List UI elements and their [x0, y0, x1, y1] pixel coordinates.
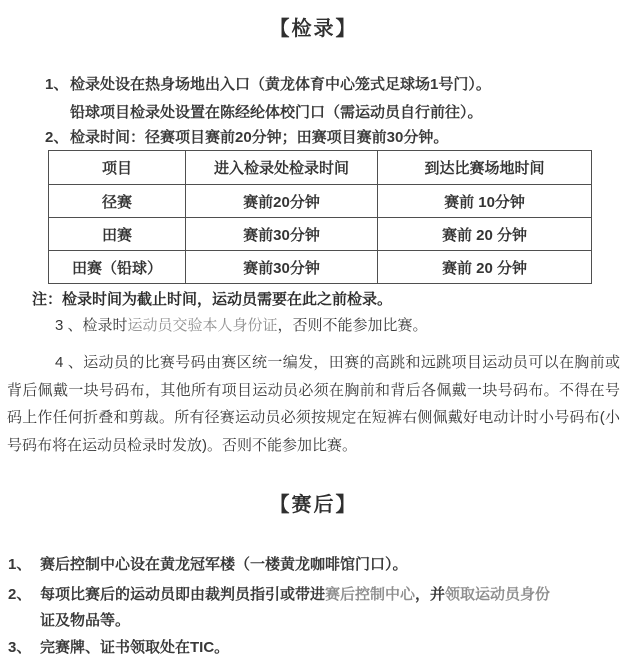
table-cell: 赛前 20 分钟 — [378, 218, 592, 251]
checkin-item-2-text: 检录时间：径赛项目赛前20分钟；田赛项目赛前30分钟。 — [70, 128, 448, 148]
checkin-item-4-paragraph: 4 、运动员的比赛号码由赛区统一编发，田赛的高跳和远跳项目运动员可以在胸前或背后… — [7, 349, 620, 459]
postrace-item-2-text: 每项比赛后的运动员即由裁判员指引或带进赛后控制中心，并领取运动员身份 证及物品等… — [40, 582, 550, 634]
table-header-checkin-time: 进入检录处检录时间 — [186, 151, 378, 185]
checkin-item-1-continuation: 铅球项目检录处设置在陈经纶体校门口（需运动员自行前往）。 — [70, 103, 483, 123]
table-cell: 赛前30分钟 — [186, 218, 378, 251]
checkin-item-3: 3 、检录时运动员交验本人身份证，否则不能参加比赛。 — [55, 316, 428, 336]
list-number: 2、 — [8, 582, 40, 634]
list-number: 3、 — [8, 635, 40, 661]
postrace-item-2: 2、 每项比赛后的运动员即由裁判员指引或带进赛后控制中心，并领取运动员身份 证及… — [8, 582, 550, 634]
table-header-event: 项目 — [49, 151, 186, 185]
checkin-item-1-text: 检录处设在热身场地出入口（黄龙体育中心笼式足球场1号门）。 — [70, 75, 491, 95]
checkin-item-1-line-2: 铅球项目检录处设置在陈经纶体校门口（需运动员自行前往）。 — [70, 103, 483, 123]
postrace-item-2-line-2: 证及物品等。 — [40, 612, 130, 629]
postrace-item-3: 3、 完赛牌、证书领取处在TIC。 — [8, 635, 229, 661]
checkin-item-3-gray-text: 运动员交验本人身份证 — [128, 317, 278, 334]
checkin-times-table: 项目 进入检录处检录时间 到达比赛场地时间 径赛 赛前20分钟 赛前 10分钟 … — [48, 150, 592, 284]
table-header-arrival-time: 到达比赛场地时间 — [378, 151, 592, 185]
table-cell: 赛前20分钟 — [186, 185, 378, 218]
checkin-item-3-text-end: ，否则不能参加比赛。 — [278, 317, 428, 334]
checkin-item-1-line-1: 1、 检录处设在热身场地出入口（黄龙体育中心笼式足球场1号门）。 — [45, 75, 491, 95]
checkin-note: 注：检录时间为截止时间，运动员需要在此之前检录。 — [32, 290, 392, 310]
checkin-item-3-text: 检录时 — [83, 317, 128, 334]
checkin-note-text: 注：检录时间为截止时间，运动员需要在此之前检录。 — [32, 290, 392, 310]
list-number: 1、 — [45, 75, 70, 95]
list-number: 3 、 — [55, 317, 83, 334]
postrace-item-1: 1、 赛后控制中心设在黄龙冠军楼（一楼黄龙咖啡馆门口）。 — [8, 552, 408, 578]
checkin-item-2: 2、 检录时间：径赛项目赛前20分钟；田赛项目赛前30分钟。 — [45, 128, 448, 148]
postrace-item-2-gray-1: 赛后控制中心 — [325, 586, 415, 603]
table-cell: 径赛 — [49, 185, 186, 218]
postrace-item-3-text: 完赛牌、证书领取处在TIC。 — [40, 635, 229, 661]
postrace-item-1-text: 赛后控制中心设在黄龙冠军楼（一楼黄龙咖啡馆门口）。 — [40, 552, 408, 578]
table-cell: 赛前 10分钟 — [378, 185, 592, 218]
table-header-row: 项目 进入检录处检录时间 到达比赛场地时间 — [49, 151, 592, 185]
table-cell: 田赛 — [49, 218, 186, 251]
checkin-section-title: 【检录】 — [0, 12, 627, 41]
table-cell: 赛前 20 分钟 — [378, 251, 592, 284]
postrace-item-2-part-2: ，并 — [415, 586, 445, 603]
table-row: 田赛 赛前30分钟 赛前 20 分钟 — [49, 218, 592, 251]
postrace-item-2-line-1: 每项比赛后的运动员即由裁判员指引或带进赛后控制中心，并领取运动员身份 — [40, 586, 550, 603]
postrace-item-2-part-1: 每项比赛后的运动员即由裁判员指引或带进 — [40, 586, 325, 603]
table-cell: 田赛（铅球） — [49, 251, 186, 284]
postrace-section-title: 【赛后】 — [0, 488, 627, 517]
table-cell: 赛前30分钟 — [186, 251, 378, 284]
list-number: 2、 — [45, 128, 70, 148]
table-row: 径赛 赛前20分钟 赛前 10分钟 — [49, 185, 592, 218]
table-row: 田赛（铅球） 赛前30分钟 赛前 20 分钟 — [49, 251, 592, 284]
list-number: 1、 — [8, 552, 40, 578]
postrace-item-2-gray-2: 领取运动员身份 — [445, 586, 550, 603]
checkin-item-4-text: 运动员的比赛号码由赛区统一编发，田赛的高跳和远跳项目运动员可以在胸前或背后佩戴一… — [7, 354, 620, 454]
list-number: 4 、 — [55, 354, 83, 371]
